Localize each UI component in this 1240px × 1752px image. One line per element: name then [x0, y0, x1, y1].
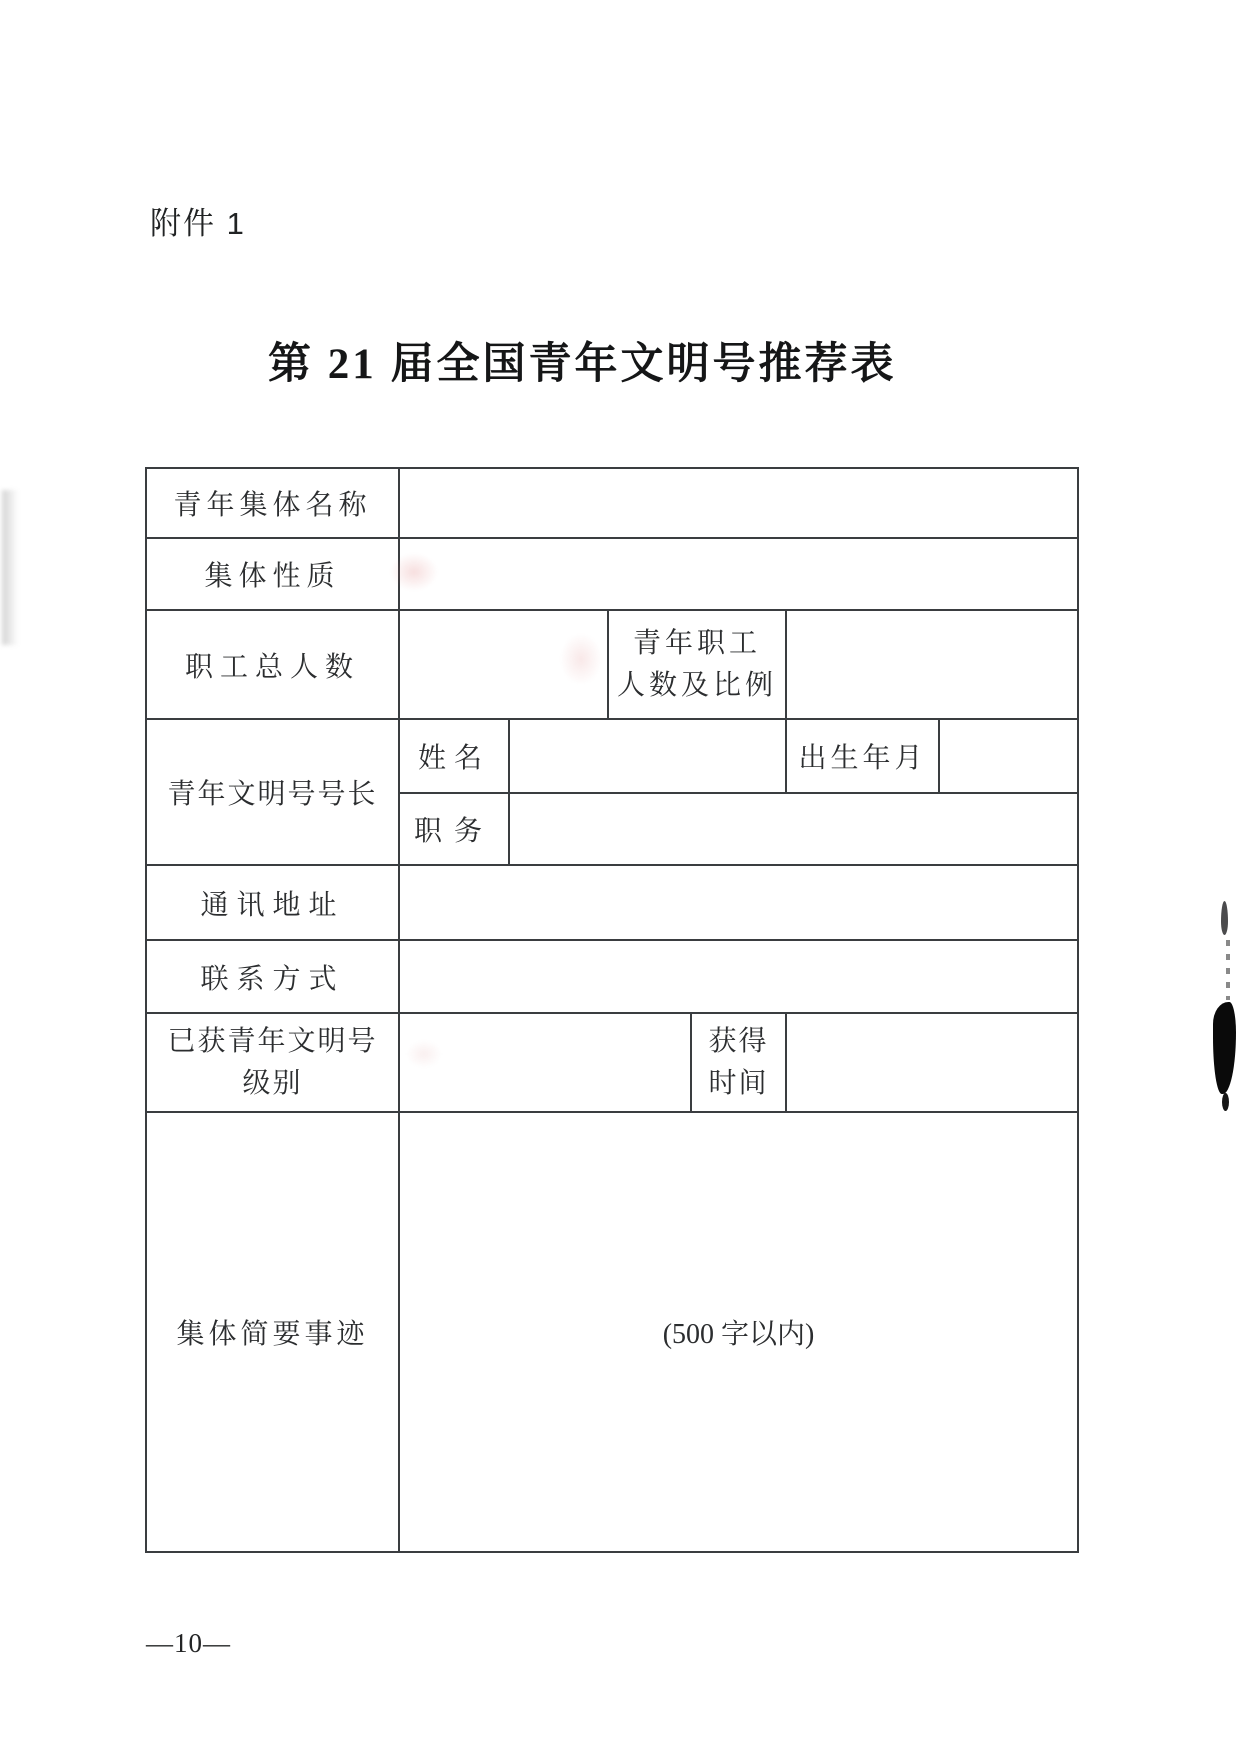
- leader-label: 青年文明号号长: [146, 719, 399, 865]
- recommendation-form-table: 青年集体名称 集体性质 职工总人数 青年职工 人数及比例 青年文明号号长 姓名 …: [145, 467, 1079, 1553]
- scan-ink-mark: [1221, 901, 1228, 935]
- total-staff-label: 职工总人数: [146, 610, 399, 719]
- row-contact: 联系方式: [146, 940, 1078, 1013]
- row-address: 通讯地址: [146, 865, 1078, 940]
- youth-staff-ratio-value: [786, 610, 1078, 719]
- attachment-label: 附件 1: [150, 198, 246, 243]
- row-collective-name: 青年集体名称: [146, 468, 1078, 538]
- awarded-level-value: [399, 1013, 691, 1112]
- row-deeds: 集体简要事迹 (500 字以内): [146, 1112, 1078, 1552]
- address-label: 通讯地址: [146, 865, 399, 940]
- page-title: 第 21 届全国青年文明号推荐表: [268, 330, 897, 391]
- deeds-hint: (500 字以内): [663, 1319, 815, 1350]
- deeds-label: 集体简要事迹: [146, 1112, 399, 1552]
- youth-staff-ratio-label: 青年职工 人数及比例: [608, 610, 786, 719]
- scan-ink-dashes: [1226, 940, 1230, 1000]
- contact-value: [399, 940, 1078, 1013]
- leader-name-value: [509, 719, 786, 793]
- scan-ink-blob: [1213, 1002, 1236, 1094]
- contact-label: 联系方式: [146, 940, 399, 1013]
- page-number: —10—: [146, 1628, 231, 1659]
- scan-smudge: [560, 633, 602, 685]
- position-label: 职务: [399, 793, 509, 865]
- scanned-document-page: 附件 1 第 21 届全国青年文明号推荐表 青年集体名称 集体性质 职工总人数: [0, 0, 1240, 1752]
- scan-smudge: [406, 1040, 442, 1068]
- birth-date-value: [939, 719, 1078, 793]
- collective-name-label: 青年集体名称: [146, 468, 399, 538]
- collective-name-value: [399, 468, 1078, 538]
- awarded-level-label: 已获青年文明号 级别: [146, 1013, 399, 1112]
- scan-ink-blob-tail: [1222, 1093, 1229, 1111]
- row-collective-nature: 集体性质: [146, 538, 1078, 610]
- awarded-time-value: [786, 1013, 1078, 1112]
- collective-nature-value: [399, 538, 1078, 610]
- row-awarded-level: 已获青年文明号 级别 获得 时间: [146, 1013, 1078, 1112]
- position-value: [509, 793, 1078, 865]
- row-leader-name: 青年文明号号长 姓名 出生年月: [146, 719, 1078, 793]
- scan-smudge: [390, 553, 438, 591]
- address-value: [399, 865, 1078, 940]
- awarded-time-label: 获得 时间: [691, 1013, 786, 1112]
- collective-nature-label: 集体性质: [146, 538, 399, 610]
- birth-date-label: 出生年月: [786, 719, 939, 793]
- row-staff-counts: 职工总人数 青年职工 人数及比例: [146, 610, 1078, 719]
- deeds-value-cell: (500 字以内): [399, 1112, 1078, 1552]
- scan-edge-streak: [2, 490, 18, 645]
- leader-name-label: 姓名: [399, 719, 509, 793]
